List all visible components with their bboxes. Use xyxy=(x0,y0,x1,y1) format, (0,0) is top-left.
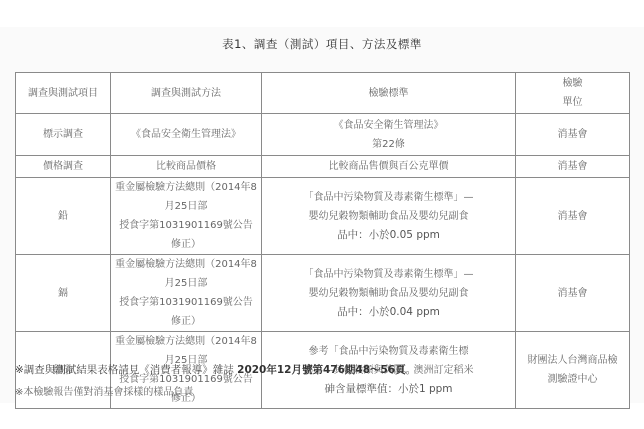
cell-standard: 「食品中污染物質及毒素衛生標準」— 嬰幼兒穀物類輔助食品及嬰幼兒副食 品中：小於… xyxy=(262,255,516,332)
footnote-disclaimer: ※本檢驗報告僅對消基會採樣的樣品負責 xyxy=(15,383,193,398)
footnote-source-prefix: ※調查與測試結果表格請見《消費者報導》雜誌 xyxy=(15,364,237,376)
header-standard: 檢驗標準 xyxy=(262,73,516,114)
header-method: 調查與測試方法 xyxy=(111,73,262,114)
standard-line: 砷含量標準值：小於1 ppm xyxy=(266,380,511,399)
standard-line: 品中：小於0.05 ppm xyxy=(266,226,511,245)
cell-standard: 《食品安全衛生管理法》 第22條 xyxy=(262,114,516,156)
cell-standard: 比較商品售價與百公克單價 xyxy=(262,156,516,178)
cell-item: 價格調查 xyxy=(16,156,111,178)
standard-line: 參考「食品中污染物質及毒素衛生標 xyxy=(266,342,511,361)
method-line: 重金屬檢驗方法總則（2014年8月25日部 xyxy=(115,255,257,293)
footnote-source-issue: 2020年12月號第476期48～56頁 xyxy=(237,364,405,376)
header-unit: 檢驗 單位 xyxy=(516,73,630,114)
table-title: 表1、調查（測試）項目、方法及標準 xyxy=(0,36,644,52)
cell-method: 重金屬檢驗方法總則（2014年8月25日部 授食字第1031901169號公告修… xyxy=(111,255,262,332)
table-header-row: 調查與測試項目 調查與測試方法 檢驗標準 檢驗 單位 xyxy=(16,73,630,114)
method-line: 授食字第1031901169號公告修正） xyxy=(115,293,257,331)
standard-line: 第22條 xyxy=(266,135,511,154)
cell-item: 鉛 xyxy=(16,178,111,255)
cell-item: 標示調查 xyxy=(16,114,111,156)
inspection-standards-table: 調查與測試項目 調查與測試方法 檢驗標準 檢驗 單位 標示調查 《食品安全衛生管… xyxy=(15,72,630,409)
footnote-source-suffix: 。 xyxy=(406,364,417,376)
standard-line: 嬰幼兒穀物類輔助食品及嬰幼兒副食 xyxy=(266,207,511,226)
table-row: 標示調查 《食品安全衛生管理法》 《食品安全衛生管理法》 第22條 消基會 xyxy=(16,114,630,156)
header-item: 調查與測試項目 xyxy=(16,73,111,114)
method-line: 重金屬檢驗方法總則（2014年8月25日部 xyxy=(115,178,257,216)
table-row: 價格調查 比較商品價格 比較商品售價與百公克單價 消基會 xyxy=(16,156,630,178)
cell-method: 重金屬檢驗方法總則（2014年8月25日部 授食字第1031901169號公告修… xyxy=(111,178,262,255)
cell-method: 《食品安全衛生管理法》 xyxy=(111,114,262,156)
method-line: 授食字第1031901169號公告修正） xyxy=(115,216,257,254)
header-unit-line1: 檢驗 xyxy=(520,74,625,93)
footnote-source: ※調查與測試結果表格請見《消費者報導》雜誌 2020年12月號第476期48～5… xyxy=(15,362,416,377)
standard-line: 「食品中污染物質及毒素衛生標準」— xyxy=(266,188,511,207)
standard-line: 嬰幼兒穀物類輔助食品及嬰幼兒副食 xyxy=(266,284,511,303)
cell-unit: 消基會 xyxy=(516,114,630,156)
cell-unit: 財團法人台灣商品檢 測驗證中心 xyxy=(516,332,630,409)
cell-standard: 「食品中污染物質及毒素衛生標準」— 嬰幼兒穀物類輔助食品及嬰幼兒副食 品中：小於… xyxy=(262,178,516,255)
cell-unit: 消基會 xyxy=(516,156,630,178)
cell-item: 鎘 xyxy=(16,255,111,332)
table-row: 鉛 重金屬檢驗方法總則（2014年8月25日部 授食字第1031901169號公… xyxy=(16,178,630,255)
table-row: 鎘 重金屬檢驗方法總則（2014年8月25日部 授食字第1031901169號公… xyxy=(16,255,630,332)
cell-unit: 消基會 xyxy=(516,178,630,255)
header-unit-line2: 單位 xyxy=(520,93,625,112)
standard-line: 《食品安全衛生管理法》 xyxy=(266,116,511,135)
unit-line: 測驗證中心 xyxy=(520,370,625,389)
cell-method: 比較商品價格 xyxy=(111,156,262,178)
standard-line: 「食品中污染物質及毒素衛生標準」— xyxy=(266,265,511,284)
cell-unit: 消基會 xyxy=(516,255,630,332)
unit-line: 財團法人台灣商品檢 xyxy=(520,351,625,370)
standard-line: 品中：小於0.04 ppm xyxy=(266,303,511,322)
